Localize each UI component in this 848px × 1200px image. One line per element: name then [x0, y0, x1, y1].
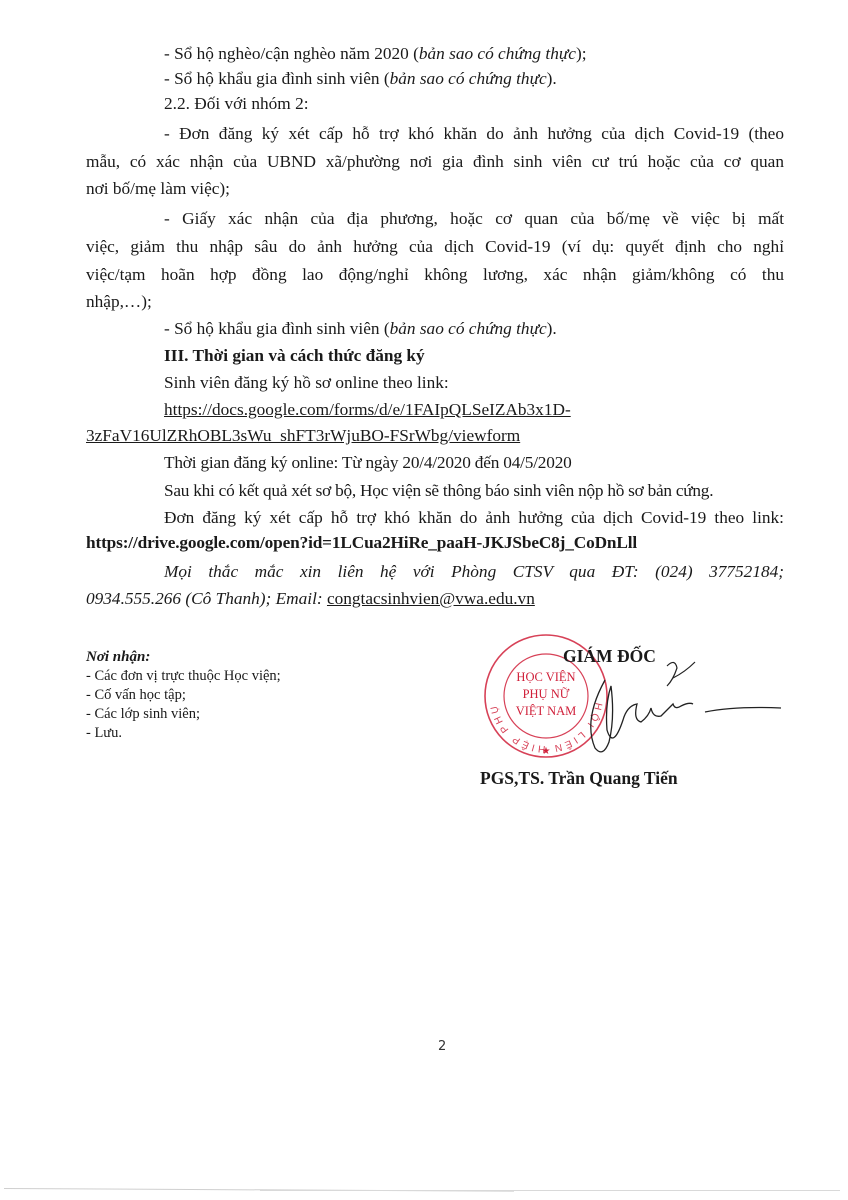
group2-item3: - Sổ hộ khẩu gia đình sinh viên (bản sao… [164, 318, 557, 340]
register-link-line2[interactable]: 3zFaV16UlZRhOBL3sWu_shFT3rWjuBO-FSrWbg/v… [86, 425, 520, 447]
scan-edge-line [260, 1190, 840, 1191]
svg-text:★: ★ [542, 746, 551, 757]
recipient-item: - Lưu. [86, 724, 122, 743]
text: ). [547, 319, 557, 338]
group1-item-1: - Sổ hộ nghèo/cận nghèo năm 2020 (bản sa… [164, 43, 587, 65]
text-italic: bản sao có chứng thực [390, 69, 547, 88]
group1-item-2: - Sổ hộ khẩu gia đình sinh viên (bản sao… [164, 68, 557, 90]
page-number: 2 [438, 1039, 446, 1054]
recipient-item: - Các lớp sinh viên; [86, 705, 200, 724]
recipient-item: - Các đơn vị trực thuộc Học viện; [86, 667, 281, 686]
text: - Sổ hộ nghèo/cận nghèo năm 2020 ( [164, 44, 419, 63]
text: - Sổ hộ khẩu gia đình sinh viên ( [164, 319, 390, 338]
recipients-title: Nơi nhận: [86, 648, 150, 667]
handwritten-signature-icon [555, 650, 785, 760]
after-result-note: Sau khi có kết quả xét sơ bộ, Học viện s… [164, 480, 713, 502]
group2-heading: 2.2. Đối với nhóm 2: [164, 93, 309, 115]
group2-item1-line1: - Đơn đăng ký xét cấp hỗ trợ khó khăn do… [164, 123, 784, 145]
text: ); [576, 44, 587, 63]
section3-heading: III. Thời gian và cách thức đăng ký [164, 345, 425, 367]
register-link-line1[interactable]: https://docs.google.com/forms/d/e/1FAIpQ… [164, 399, 571, 421]
register-period: Thời gian đăng ký online: Từ ngày 20/4/2… [164, 452, 572, 474]
group2-item2-line2: việc, giảm thu nhập sâu do ảnh hưởng của… [86, 236, 784, 258]
group2-item1-line2: mẫu, có xác nhận của UBND xã/phường nơi … [86, 151, 784, 173]
text: ). [547, 69, 557, 88]
contact-email-link[interactable]: congtacsinhvien@vwa.edu.vn [327, 589, 535, 608]
recipient-item: - Cố vấn học tập; [86, 686, 186, 705]
contact-line2: 0934.555.266 (Cô Thanh); Email: congtacs… [86, 588, 535, 610]
group2-item2-line1: - Giấy xác nhận của địa phương, hoặc cơ … [164, 208, 784, 230]
register-intro: Sinh viên đăng ký hồ sơ online theo link… [164, 372, 449, 394]
form-link[interactable]: https://drive.google.com/open?id=1LCua2H… [86, 532, 637, 554]
signer-name: PGS,TS. Trần Quang Tiến [480, 768, 678, 789]
text-italic: bản sao có chứng thực [390, 319, 547, 338]
contact-line1: Mọi thắc mắc xin liên hệ với Phòng CTSV … [164, 561, 784, 583]
group2-item1-line3: nơi bố/mẹ làm việc); [86, 178, 230, 200]
group2-item2-line3: việc/tạm hoãn hợp đồng lao động/nghỉ khô… [86, 264, 784, 286]
group2-item2-line4: nhập,…); [86, 291, 152, 313]
form-link-intro: Đơn đăng ký xét cấp hỗ trợ khó khăn do ả… [164, 507, 784, 529]
text-italic: bản sao có chứng thực [419, 44, 576, 63]
text-italic: 0934.555.266 (Cô Thanh); Email: [86, 589, 327, 608]
text: - Sổ hộ khẩu gia đình sinh viên ( [164, 69, 390, 88]
